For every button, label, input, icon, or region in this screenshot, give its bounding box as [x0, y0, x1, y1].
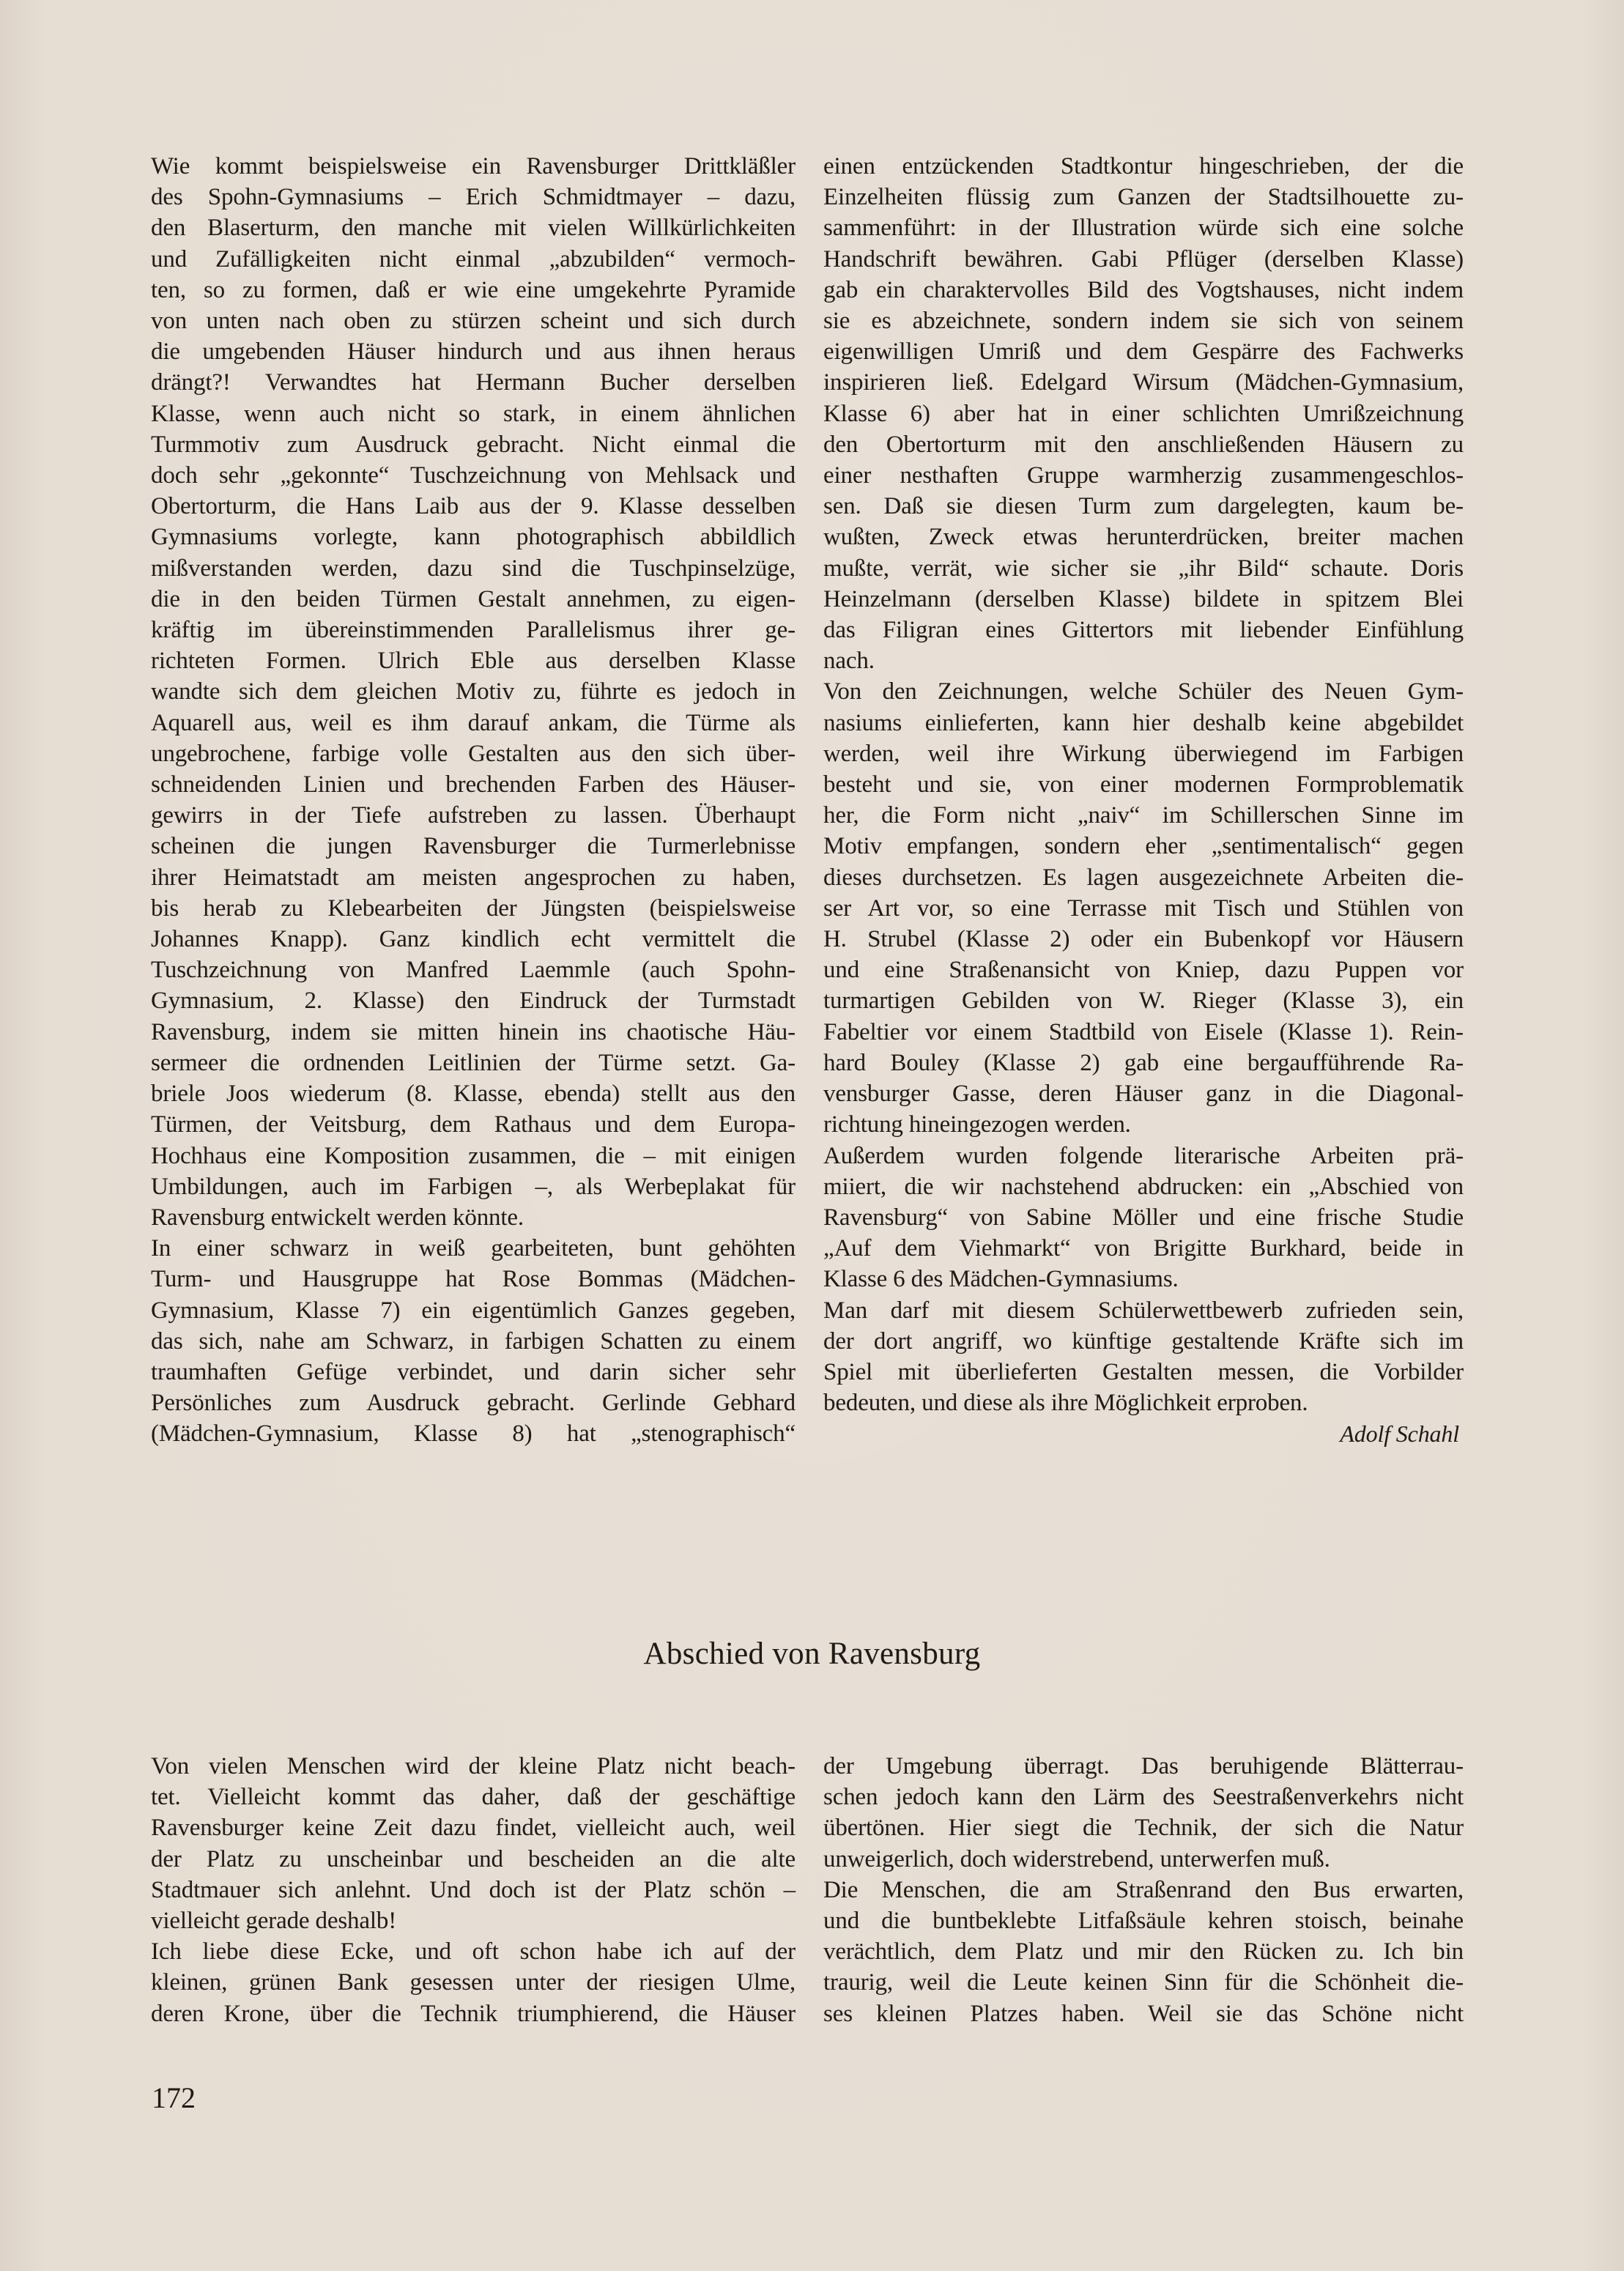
text-line: sermeer die ordnenden Leitlinien der Tür…: [151, 1048, 796, 1078]
text-line: Gymnasium, 2. Klasse) den Eindruck der T…: [151, 985, 796, 1016]
text-line: mißverstanden werden, dazu sind die Tusc…: [151, 553, 796, 584]
text-line: Persönliches zum Ausdruck gebracht. Gerl…: [151, 1388, 796, 1418]
text-line: inspirieren ließ. Edelgard Wirsum (Mädch…: [823, 367, 1464, 398]
text-line: die umgebenden Häuser hindurch und aus i…: [151, 336, 796, 367]
text-line: Ravensburg“ von Sabine Möller und eine f…: [823, 1202, 1464, 1233]
text-line: gewirrs in der Tiefe aufstreben zu lasse…: [151, 800, 796, 831]
text-line: briele Joos wiederum (8. Klasse, ebenda)…: [151, 1078, 796, 1109]
text-line: richtung hineingezogen werden.: [823, 1109, 1464, 1140]
text-line: Stadtmauer sich anlehnt. Und doch ist de…: [151, 1875, 796, 1905]
text-line: Handschrift bewähren. Gabi Pflüger (ders…: [823, 244, 1464, 275]
text-line: ten, so zu formen, daß er wie eine umgek…: [151, 275, 796, 305]
text-line: ses kleinen Platzes haben. Weil sie das …: [823, 1998, 1464, 2029]
text-line: besteht und sie, von einer modernen Form…: [823, 769, 1464, 800]
text-line: den Obertorturm mit den anschließenden H…: [823, 429, 1464, 460]
text-line: gab ein charaktervolles Bild des Vogtsha…: [823, 275, 1464, 305]
text-line: Einzelheiten flüssig zum Ganzen der Stad…: [823, 182, 1464, 212]
article-title: Abschied von Ravensburg: [0, 1635, 1624, 1673]
text-line: übertönen. Hier siegt die Technik, der s…: [823, 1812, 1464, 1843]
text-line: „Auf dem Viehmarkt“ von Brigitte Burkhar…: [823, 1233, 1464, 1264]
text-line: einen entzückenden Stadtkontur hingeschr…: [823, 151, 1464, 182]
text-line: Gymnasium, Klasse 7) ein eigentümlich Ga…: [151, 1295, 796, 1326]
text-line: das sich, nahe am Schwarz, in farbigen S…: [151, 1326, 796, 1357]
article1-left-column: Wie kommt beispielsweise ein Ravensburge…: [151, 151, 796, 1450]
text-line: (Mädchen-Gymnasium, Klasse 8) hat „steno…: [151, 1418, 796, 1449]
text-line: Fabeltier vor einem Stadtbild von Eisele…: [823, 1017, 1464, 1048]
text-line: Von den Zeichnungen, welche Schüler des …: [823, 676, 1464, 707]
text-line: traurig, weil die Leute keinen Sinn für …: [823, 1967, 1464, 1998]
text-line: tet. Vielleicht kommt das daher, daß der…: [151, 1782, 796, 1812]
text-line: richteten Formen. Ulrich Eble aus dersel…: [151, 645, 796, 676]
text-line: der Platz zu unscheinbar und bescheiden …: [151, 1844, 796, 1875]
text-line: eigenwilligen Umriß und dem Gespärre des…: [823, 336, 1464, 367]
text-line: vensburger Gasse, deren Häuser ganz in d…: [823, 1078, 1464, 1109]
text-line: sen. Daß sie diesen Turm zum dargelegten…: [823, 491, 1464, 522]
text-line: Motiv empfangen, sondern eher „sentiment…: [823, 831, 1464, 862]
text-line: bedeuten, und diese als ihre Möglichkeit…: [823, 1388, 1464, 1418]
text-line: Ravensburg, indem sie mitten hinein ins …: [151, 1017, 796, 1048]
text-line: Außerdem wurden folgende literarische Ar…: [823, 1141, 1464, 1171]
text-line: bis herab zu Klebearbeiten der Jüngsten …: [151, 893, 796, 924]
text-line: miiert, die wir nachstehend abdrucken: e…: [823, 1171, 1464, 1202]
text-line: das Filigran eines Gittertors mit lieben…: [823, 615, 1464, 645]
text-line: H. Strubel (Klasse 2) oder ein Bubenkopf…: [823, 924, 1464, 955]
text-line: unweigerlich, doch widerstrebend, unterw…: [823, 1844, 1464, 1875]
text-line: Wie kommt beispielsweise ein Ravensburge…: [151, 151, 796, 182]
text-line: Spiel mit überlieferten Gestalten messen…: [823, 1357, 1464, 1388]
text-line: Hochhaus eine Komposition zusammen, die …: [151, 1141, 796, 1171]
text-line: und eine Straßenansicht von Kniep, dazu …: [823, 955, 1464, 985]
text-line: schen jedoch kann den Lärm des Seestraße…: [823, 1782, 1464, 1812]
text-line: vielleicht gerade deshalb!: [151, 1905, 796, 1936]
article2-left-column: Von vielen Menschen wird der kleine Plat…: [151, 1751, 796, 2029]
text-line: dieses durchsetzen. Es lagen ausgezeichn…: [823, 862, 1464, 893]
text-line: drängt?! Verwandtes hat Hermann Bucher d…: [151, 367, 796, 398]
text-line: von unten nach oben zu stürzen scheint u…: [151, 305, 796, 336]
page-number: 172: [152, 2081, 196, 2116]
author-signature: Adolf Schahl: [823, 1418, 1464, 1449]
text-line: der dort angriff, wo künftige gestaltend…: [823, 1326, 1464, 1357]
text-line: Man darf mit diesem Schülerwettbewerb zu…: [823, 1295, 1464, 1326]
text-line: mußte, verrät, wie sicher sie „ihr Bild“…: [823, 553, 1464, 584]
text-line: Gymnasiums vorlegte, kann photographisch…: [151, 522, 796, 552]
text-line: Türmen, der Veitsburg, dem Rathaus und d…: [151, 1109, 796, 1140]
text-line: Turmmotiv zum Ausdruck gebracht. Nicht e…: [151, 429, 796, 460]
text-line: wußten, Zweck etwas herunterdrücken, bre…: [823, 522, 1464, 552]
text-line: nasiums einlieferten, kann hier deshalb …: [823, 708, 1464, 738]
text-line: einer nesthaften Gruppe warmherzig zusam…: [823, 460, 1464, 491]
text-line: Turm- und Hausgruppe hat Rose Bommas (Mä…: [151, 1264, 796, 1294]
text-line: Johannes Knapp). Ganz kindlich echt verm…: [151, 924, 796, 955]
text-line: Tuschzeichnung von Manfred Laemmle (auch…: [151, 955, 796, 985]
text-line: Klasse, wenn auch nicht so stark, in ein…: [151, 399, 796, 429]
text-line: Ravensburger keine Zeit dazu findet, vie…: [151, 1812, 796, 1843]
text-line: kräftig im übereinstimmenden Parallelism…: [151, 615, 796, 645]
text-line: Die Menschen, die am Straßenrand den Bus…: [823, 1875, 1464, 1905]
text-line: und die buntbeklebte Litfaßsäule kehren …: [823, 1905, 1464, 1936]
article2-right-column: der Umgebung überragt. Das beruhigende B…: [823, 1751, 1464, 2029]
text-line: wandte sich dem gleichen Motiv zu, führt…: [151, 676, 796, 707]
text-line: deren Krone, über die Technik triumphier…: [151, 1998, 796, 2029]
text-line: Von vielen Menschen wird der kleine Plat…: [151, 1751, 796, 1782]
text-line: werden, weil ihre Wirkung überwiegend im…: [823, 738, 1464, 769]
text-line: schneidenden Linien und brechenden Farbe…: [151, 769, 796, 800]
text-line: traumhaften Gefüge verbindet, und darin …: [151, 1357, 796, 1388]
text-line: doch sehr „gekonnte“ Tuschzeichnung von …: [151, 460, 796, 491]
text-line: Aquarell aus, weil es ihm darauf ankam, …: [151, 708, 796, 738]
text-line: verächtlich, dem Platz und mir den Rücke…: [823, 1936, 1464, 1967]
text-line: turmartigen Gebilden von W. Rieger (Klas…: [823, 985, 1464, 1016]
text-line: Klasse 6 des Mädchen-Gymnasiums.: [823, 1264, 1464, 1294]
text-line: ser Art vor, so eine Terrasse mit Tisch …: [823, 893, 1464, 924]
text-line: der Umgebung überragt. Das beruhigende B…: [823, 1751, 1464, 1782]
text-line: nach.: [823, 645, 1464, 676]
text-line: Heinzelmann (derselben Klasse) bildete i…: [823, 584, 1464, 615]
text-line: Umbildungen, auch im Farbigen –, als Wer…: [151, 1171, 796, 1202]
text-line: die in den beiden Türmen Gestalt annehme…: [151, 584, 796, 615]
text-line: ihrer Heimatstadt am meisten angesproche…: [151, 862, 796, 893]
scanned-page: Wie kommt beispielsweise ein Ravensburge…: [0, 0, 1624, 2271]
text-line: des Spohn-Gymnasiums – Erich Schmidtmaye…: [151, 182, 796, 212]
text-line: den Blaserturm, den manche mit vielen Wi…: [151, 212, 796, 243]
text-line: ungebrochene, farbige volle Gestalten au…: [151, 738, 796, 769]
text-line: und Zufälligkeiten nicht einmal „abzubil…: [151, 244, 796, 275]
text-line: scheinen die jungen Ravensburger die Tur…: [151, 831, 796, 862]
text-line: Klasse 6) aber hat in einer schlichten U…: [823, 399, 1464, 429]
text-line: kleinen, grünen Bank gesessen unter der …: [151, 1967, 796, 1998]
text-line: sie es abzeichnete, sondern indem sie si…: [823, 305, 1464, 336]
text-line: her, die Form nicht „naiv“ im Schillersc…: [823, 800, 1464, 831]
text-line: sammenführt: in der Illustration würde s…: [823, 212, 1464, 243]
text-line: hard Bouley (Klasse 2) gab eine bergauff…: [823, 1048, 1464, 1078]
text-line: Obertorturm, die Hans Laib aus der 9. Kl…: [151, 491, 796, 522]
text-line: Ravensburg entwickelt werden könnte.: [151, 1202, 796, 1233]
article1-right-column-body: einen entzückenden Stadtkontur hingeschr…: [823, 151, 1464, 1418]
text-line: Ich liebe diese Ecke, und oft schon habe…: [151, 1936, 796, 1967]
article1-right-column: einen entzückenden Stadtkontur hingeschr…: [823, 151, 1464, 1449]
text-line: In einer schwarz in weiß gearbeiteten, b…: [151, 1233, 796, 1264]
